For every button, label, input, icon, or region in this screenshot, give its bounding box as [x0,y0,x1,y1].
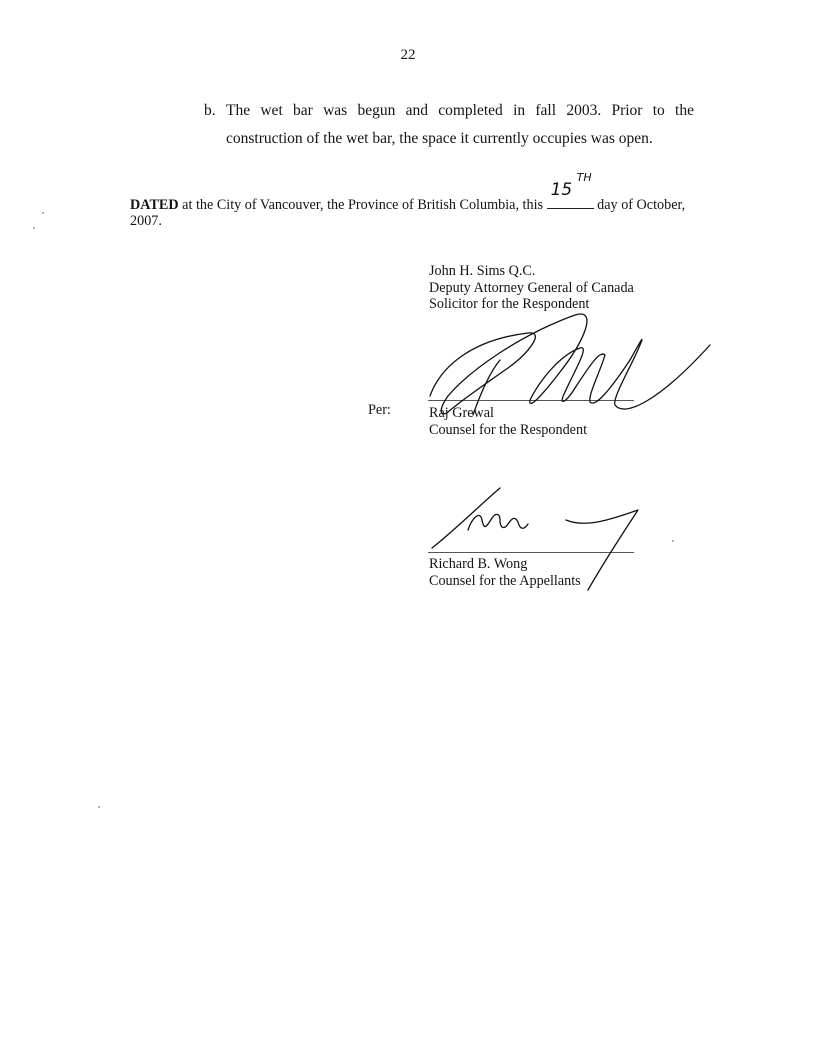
solicitor-role: Solicitor for the Respondent [429,296,634,313]
per-label: Per: [368,402,391,419]
page-number: 22 [0,47,816,64]
dated-text-before: at the City of Vancouver, the Province o… [179,197,547,213]
appellant-counsel-role: Counsel for the Appellants [429,573,581,590]
scan-speck [98,806,100,808]
item-label: b. [204,97,216,125]
day-fill-blank: 15TH [547,196,594,209]
handwritten-day-suffix: TH [577,170,592,186]
dated-clause: DATED at the City of Vancouver, the Prov… [130,196,700,229]
respondent-solicitor-block: John H. Sims Q.C. Deputy Attorney Genera… [429,263,634,313]
appellant-signature-line [428,552,634,553]
respondent-counsel-name: Raj Grewal [429,405,587,422]
scan-speck [672,540,674,542]
dated-heading: DATED [130,197,179,213]
dated-year: 2007. [130,213,162,229]
item-text-line-1: The wet bar was begun and completed in f… [226,97,694,125]
appellant-counsel-block: Richard B. Wong Counsel for the Appellan… [429,556,581,589]
scan-speck [33,227,35,229]
respondent-counsel-block: Raj Grewal Counsel for the Respondent [429,405,587,438]
appellant-counsel-name: Richard B. Wong [429,556,581,573]
scan-speck [42,212,44,214]
item-text-line-2: construction of the wet bar, the space i… [226,125,653,153]
dated-text-after: day of October, [594,197,686,213]
solicitor-name: John H. Sims Q.C. [429,263,634,280]
respondent-counsel-role: Counsel for the Respondent [429,422,587,439]
document-page: 22 b. The wet bar was begun and complete… [0,0,816,1056]
handwritten-day: 15 [551,182,573,198]
handwritten-signatures [0,0,816,1056]
solicitor-title: Deputy Attorney General of Canada [429,280,634,297]
respondent-signature-line [428,400,634,401]
